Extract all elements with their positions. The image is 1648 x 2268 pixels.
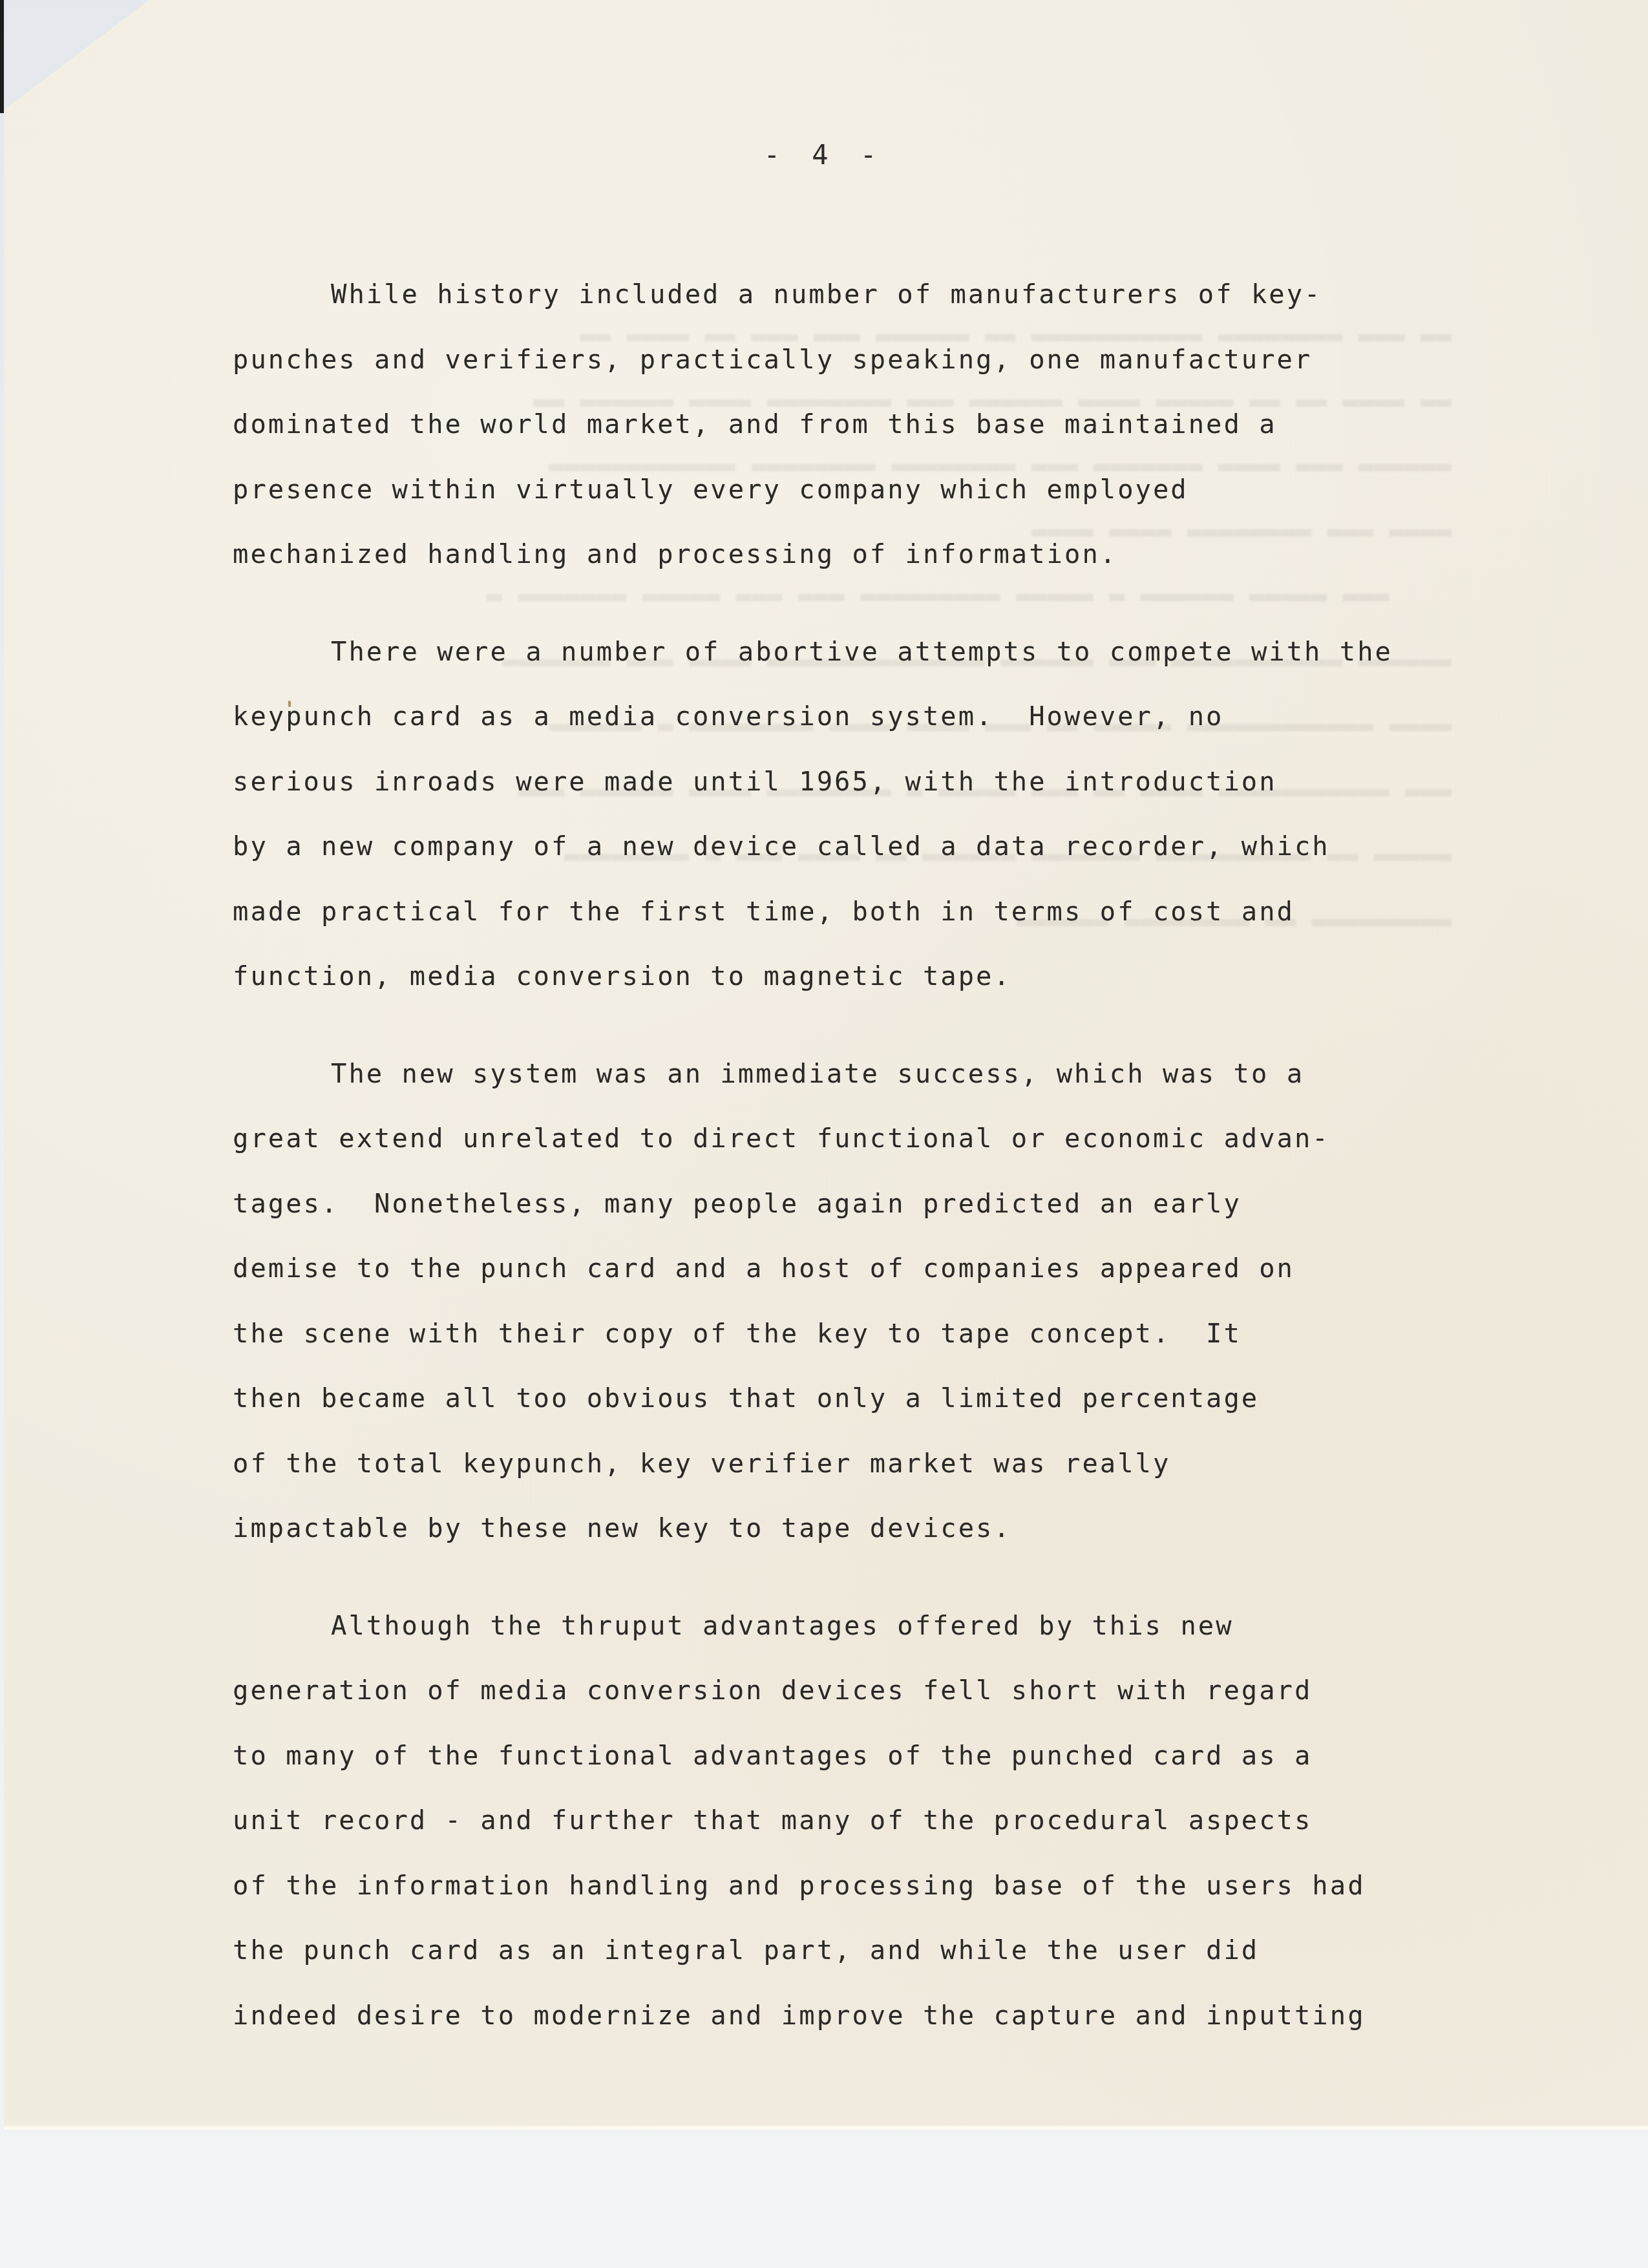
text-line: keypunch card as a media conversion syst… [233, 684, 1545, 749]
text-line: of the total keypunch, key verifier mark… [233, 1431, 1545, 1496]
text-line: Although the thruput advantages offered … [233, 1593, 1545, 1659]
paragraph-3: The new system was an immediate success,… [233, 1041, 1545, 1561]
text-line: While history included a number of manuf… [233, 262, 1545, 327]
text-line: generation of media conversion devices f… [233, 1658, 1545, 1723]
paper-speck [288, 701, 291, 707]
page-number: - 4 - [0, 139, 1648, 171]
text-line: function, media conversion to magnetic t… [233, 944, 1545, 1009]
text-line: There were a number of abortive attempts… [233, 619, 1545, 684]
text-line: to many of the functional advantages of … [233, 1723, 1545, 1788]
text-line: then became all too obvious that only a … [233, 1366, 1545, 1431]
paragraph-1: While history included a number of manuf… [233, 262, 1545, 587]
paragraph-2: There were a number of abortive attempts… [233, 619, 1545, 1009]
text-line: serious inroads were made until 1965, wi… [233, 749, 1545, 814]
text-line: dominated the world market, and from thi… [233, 392, 1545, 457]
text-line: by a new company of a new device called … [233, 814, 1545, 879]
scan-edge-shadow [0, 0, 4, 113]
text-line: punches and verifiers, practically speak… [233, 327, 1545, 392]
text-line: tages. Nonetheless, many people again pr… [233, 1171, 1545, 1236]
text-line: presence within virtually every company … [233, 457, 1545, 522]
text-line: demise to the punch card and a host of c… [233, 1236, 1545, 1301]
text-line: the punch card as an integral part, and … [233, 1918, 1545, 1983]
text-line: mechanized handling and processing of in… [233, 522, 1545, 587]
text-line: the scene with their copy of the key to … [233, 1301, 1545, 1366]
text-line: impactable by these new key to tape devi… [233, 1496, 1545, 1561]
text-line: The new system was an immediate success,… [233, 1041, 1545, 1107]
text-line: great extend unrelated to direct functio… [233, 1106, 1545, 1171]
paper-bottom-edge [4, 2125, 1648, 2132]
paragraph-4: Although the thruput advantages offered … [233, 1593, 1545, 2048]
document-body: While history included a number of manuf… [233, 262, 1545, 2080]
text-line: made practical for the first time, both … [233, 879, 1545, 944]
text-line: indeed desire to modernize and improve t… [233, 1983, 1545, 2048]
text-line: of the information handling and processi… [233, 1853, 1545, 1918]
text-line: unit record - and further that many of t… [233, 1788, 1545, 1853]
